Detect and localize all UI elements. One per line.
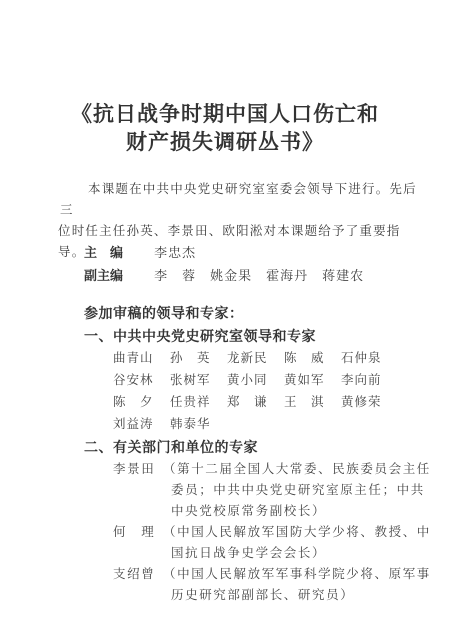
expert-title-cont: 中央党校原常务副校长） (113, 500, 431, 521)
person-name: 黄修荣 (341, 392, 398, 410)
person-name: 郑 谦 (227, 392, 284, 410)
person-name: 任贵祥 (170, 392, 227, 410)
person-name: 张树军 (170, 370, 227, 388)
deputy-editors-row: 副主编 李 蓉 姚金果 霍海丹 蒋建农 (84, 265, 364, 284)
expert-title: （中国人民解放军军事科学院少将、原军事 (163, 566, 431, 581)
expert-entry: 何 理（中国人民解放军国防大学少将、教授、中 国抗日战争史学会会长） (113, 521, 431, 563)
expert-title-cont: 历史研究部副部长、研究员） (113, 584, 431, 605)
person-name: 黄小同 (227, 370, 284, 388)
expert-name: 支绍曾 (113, 563, 163, 584)
expert-title-cont: 委员；中共中央党史研究室原主任；中共 (113, 479, 431, 500)
section-1-names-row-2: 谷安林张树军黄小同黄如军李向前 (113, 370, 398, 388)
expert-title: （中国人民解放军国防大学少将、教授、中 (163, 524, 431, 539)
expert-entry: 李景田（第十二届全国人大常委、民族委员会主任 委员；中共中央党史研究室原主任；中… (113, 458, 431, 521)
person-name: 陈 夕 (113, 392, 170, 410)
person-name: 陈 威 (284, 348, 341, 366)
series-title-line-2: 财产损失调研丛书》 (0, 126, 450, 156)
person-name: 曲青山 (113, 348, 170, 366)
person-name: 龙新民 (227, 348, 284, 366)
expert-name: 何 理 (113, 521, 163, 542)
deputy-editor-names: 李 蓉 姚金果 霍海丹 蒋建农 (154, 265, 364, 284)
intro-text-1: 本课题在中共中央党史研究室室委会领导下进行。先后三 (60, 181, 417, 217)
person-name: 李向前 (341, 370, 398, 388)
chief-editor-name: 李忠杰 (154, 242, 196, 261)
expert-name: 李景田 (113, 458, 163, 479)
person-name: 石仲泉 (341, 348, 398, 366)
expert-entry: 支绍曾（中国人民解放军军事科学院少将、原军事 历史研究部副部长、研究员） (113, 563, 431, 605)
intro-line-1: 本课题在中共中央党史研究室室委会领导下进行。先后三 (60, 178, 420, 220)
person-name: 王 淇 (284, 392, 341, 410)
section-2-heading: 二、有关部门和单位的专家 (84, 437, 258, 457)
deputy-editor-label: 副主编 (84, 265, 136, 284)
person-name: 刘益涛 (113, 414, 170, 432)
person-name: 韩泰华 (170, 414, 227, 432)
section-1-names-row-4: 刘益涛韩泰华 (113, 414, 227, 432)
book-credits-page: 《抗日战争时期中国人口伤亡和 财产损失调研丛书》 本课题在中共中央党史研究室室委… (0, 0, 450, 636)
person-name: 谷安林 (113, 370, 170, 388)
chief-editor-label: 主 编 (84, 242, 136, 261)
section-1-heading: 一、中共中央党史研究室领导和专家 (84, 326, 316, 346)
section-1-names-row-3: 陈 夕任贵祥郑 谦王 淇黄修荣 (113, 392, 398, 410)
expert-title-cont: 国抗日战争史学会会长） (113, 542, 431, 563)
person-name: 孙 英 (170, 348, 227, 366)
series-title-line-1: 《抗日战争时期中国人口伤亡和 (0, 98, 450, 128)
section-1-names-row-1: 曲青山孙 英龙新民陈 威石仲泉 (113, 348, 398, 366)
expert-title: （第十二届全国人大常委、民族委员会主任 (163, 461, 431, 476)
person-name: 黄如军 (284, 370, 341, 388)
reviewers-heading: 参加审稿的领导和专家： (84, 303, 244, 323)
chief-editor-row: 主 编 李忠杰 (84, 242, 196, 261)
